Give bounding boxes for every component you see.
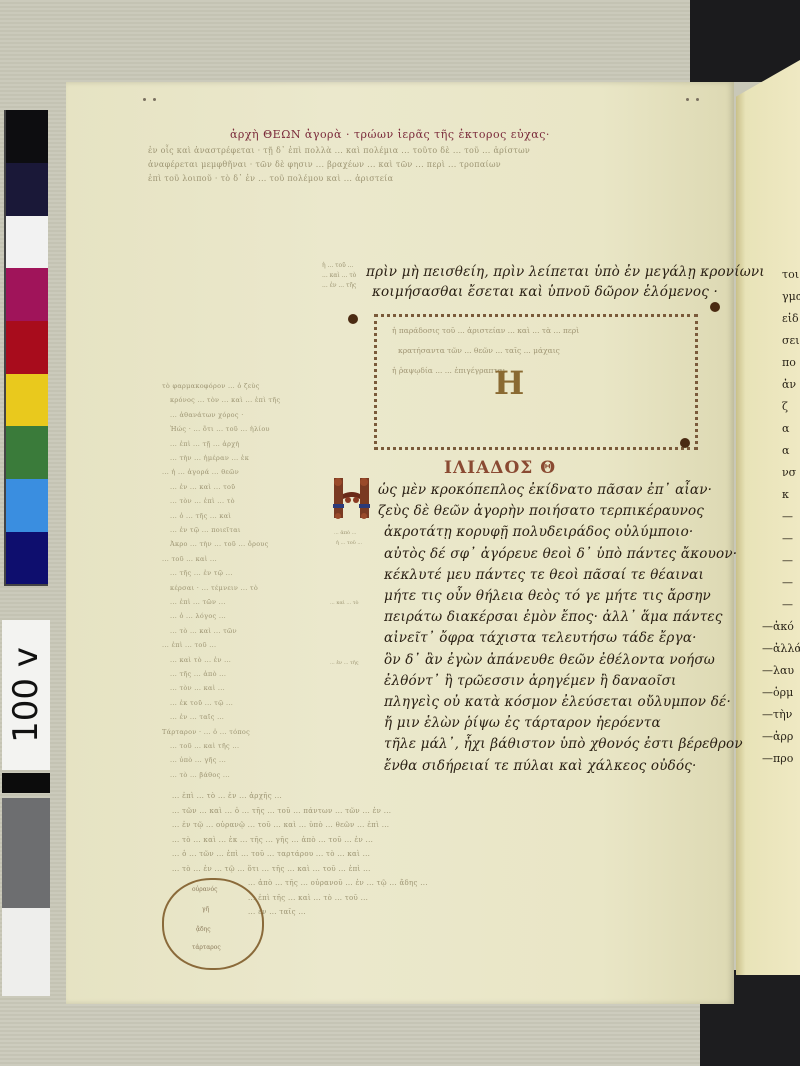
- verse-line: αὐτὸς δέ σφ᾽ ἀγόρευε θεοὶ δ᾽ ὑπὸ πάντες …: [384, 546, 737, 562]
- facing-page-fragment: —λαυ: [762, 664, 794, 677]
- facing-page-fragment: —: [782, 532, 793, 545]
- margin-scholion-line: Τάρταρον · ... ὁ ... τόπος: [162, 728, 250, 736]
- headpiece-scholion: ἡ παράδοσις τοῦ ... ἀριστείαν ... καὶ ..…: [392, 326, 579, 335]
- swatch-green: [6, 426, 48, 479]
- swatch-magenta: [6, 268, 48, 321]
- swatch-dark-navy: [6, 163, 48, 216]
- facing-page-fragment: —: [782, 576, 793, 589]
- ornament-terminal: [348, 314, 358, 324]
- top-scholion-line: ἐν οἷς καὶ ἀνα­στρέφεται · τῇ δ᾽ ἐπὶ πολ…: [148, 146, 530, 155]
- margin-scholion-line: ... τῆς ... ἀπὸ ...: [170, 670, 226, 678]
- margin-scholion-line: ... ἐκ τοῦ ... τῷ ...: [170, 699, 233, 707]
- bottom-scholion-line: ... τῶν ... καὶ ... ὁ ... τῆς ... τοῦ ..…: [172, 807, 391, 815]
- verse-line: ζεὺς δὲ θεῶν ἀγορὴν ποιήσατο τερπικέραυν…: [378, 503, 704, 519]
- bottom-scholion-line: ... τὸ ... καὶ ... ἐκ ... τῆς ... γῆς ..…: [172, 836, 373, 844]
- facing-page-fragment: —: [782, 598, 793, 611]
- margin-scholion-line: ... τῆς ... ἐν τῷ ...: [170, 569, 233, 577]
- decorated-initial-eta-icon: [330, 472, 376, 522]
- interlinear-gloss: ... καὶ ... τὸ: [330, 600, 359, 606]
- margin-scholion-line: Ἠώς · ... ὅτι ... τοῦ ... ἡλίου: [170, 425, 270, 433]
- prick-mark: [143, 98, 146, 101]
- facing-page-fragment: —ἀρρ: [762, 730, 793, 743]
- ornament-terminal: [680, 438, 690, 448]
- book-title: ΙΛΙΑΔΟΣ Θ: [444, 458, 556, 478]
- margin-scholion-line: ... τὸ ... καὶ ... τῶν: [170, 627, 237, 635]
- gray-patch-white: [2, 908, 50, 996]
- margin-scholion-line: ... τοῦ ... καὶ τῆς ...: [170, 742, 239, 750]
- margin-scholion-line: ... ἐν ... καὶ ... τοῦ: [170, 483, 235, 491]
- facing-page-fragment: κ: [782, 488, 789, 501]
- margin-scholion-line: κέρσαι · ... τέμνειν ... τὸ: [170, 584, 258, 592]
- facing-page-fragment: α: [782, 422, 789, 435]
- bottom-scholion-line: ... ὁ ... τῶν ... ἐπὶ ... τοῦ ... ταρτάρ…: [172, 850, 370, 858]
- facing-page-fragment: ἀν: [782, 378, 796, 391]
- headpiece-scholion: ἡ ῥαψῳδία ... ... ἐπιγέγραπται: [392, 366, 506, 375]
- cloth-background-bottom: [0, 1000, 700, 1066]
- margin-scholion-line: ... τοῦ ... καὶ ...: [162, 555, 217, 563]
- interlinear-gloss: ... καὶ ... τὸ: [322, 272, 356, 279]
- closing-verse: κοιμήσασθαι ἔσεται καὶ ὑπνοῦ δῶρον ἑλόμε…: [372, 284, 718, 300]
- color-calibration-strip: [4, 110, 48, 586]
- facing-page-fragment: τοι: [782, 268, 799, 281]
- bottom-scholion-line: ... ἐπὶ ... τὸ ... ἐν ... ἀρχῆς ...: [172, 792, 282, 800]
- margin-scholion-line: ... ἐν ... ταῖς ...: [170, 713, 224, 721]
- prick-mark: [696, 98, 699, 101]
- margin-scholion-line: ... τὴν ... ἡμέραν ... ἐκ: [170, 454, 249, 462]
- margin-scholion-line: κρόνος ... τὸν ... καὶ ... ἐπὶ τῆς: [170, 396, 280, 404]
- swatch-white: [6, 216, 48, 268]
- diagram-label: γῆ: [202, 906, 209, 913]
- margin-scholion-line: ... ἐπὶ ... τοῦ ...: [162, 641, 216, 649]
- bottom-scholion-line: ... ἐπὶ τῆς ... καὶ ... τὸ ... τοῦ ...: [248, 894, 368, 902]
- diagram-label: ᾅδης: [196, 926, 211, 933]
- headpiece-letter: Η: [494, 364, 524, 402]
- running-title: ἀρχὴ ΘΕΩΝ ἀγορὰ · τρώων ἱερᾶς τῆς ἐκτορο…: [230, 128, 550, 141]
- verse-line: ὡς μὲν κροκόπεπλος ἐκίδνατο πᾶσαν ἐπ᾽ αἶ…: [378, 482, 712, 498]
- interlinear-gloss: ἡ ... τοῦ ...: [322, 262, 353, 269]
- verse-line: ἀκροτάτῃ κορυφῇ πολυδειράδος οὐλύμποιο·: [384, 524, 693, 540]
- margin-scholion-line: ... ἐπὶ ... τῶν ...: [170, 598, 226, 606]
- closing-verse: πρὶν μὴ πεισθείη, πρὶν λείπεται ὑπὸ ἐν μ…: [366, 264, 765, 280]
- gray-patch-mid: [2, 798, 50, 908]
- gray-patch-black: [2, 773, 50, 793]
- facing-page-fragment: —: [782, 510, 793, 523]
- swatch-black: [6, 110, 48, 163]
- verse-line: ἐλθόντ᾽ ἢ τρῶεσσιν ἀρηγέμεν ἢ δαναοῖσι: [384, 673, 676, 689]
- facing-page-fragment: —ὁρμ: [762, 686, 793, 699]
- margin-scholion-line: ... τὸν ... ἐπὶ ... τὸ: [170, 497, 235, 505]
- prick-mark: [153, 98, 156, 101]
- folio-label: 100 v: [2, 620, 50, 770]
- facing-page-fragment: νσ: [782, 466, 796, 479]
- facing-page-fragment: πο: [782, 356, 796, 369]
- margin-scholion-line: Ἀκρο ... τὴν ... τοῦ ... ὄρους: [170, 540, 269, 548]
- swatch-cyan-blue: [6, 479, 48, 532]
- interlinear-gloss: ... ἐν ... τῆς: [330, 660, 359, 666]
- manuscript-folio: [66, 82, 734, 1004]
- bottom-scholion-line: ... ἐν τῷ ... οὐρανῷ ... τοῦ ... καὶ ...…: [172, 821, 389, 829]
- margin-scholion-line: ... ἐν τῷ ... ποιεῖται: [170, 526, 241, 534]
- facing-page-fragment: ζ: [782, 400, 788, 413]
- swatch-yellow: [6, 374, 48, 426]
- facing-page-fragment: —ἀλλά: [762, 642, 800, 655]
- verse-line: πληγεὶς οὐ κατὰ κόσμον ἐλεύσεται οὔλυμπο…: [384, 694, 731, 710]
- verse-line: ἤ μιν ἑλὼν ῥίψω ἐς τάρταρον ἠερόεντα: [384, 715, 661, 731]
- margin-scholion-line: ... ἐπὶ ... τῇ ... ἀρχὴ: [170, 440, 240, 448]
- swatch-red: [6, 321, 48, 374]
- folio-label-and-grayscale: 100 v: [2, 620, 50, 996]
- margin-scholion-line: ... ὁ ... τῆς ... καὶ: [170, 512, 231, 520]
- diagram-label: τάρταρος: [192, 944, 221, 951]
- margin-scholion-line: ... ἡ ... ἀγορά ... θεῶν: [162, 468, 239, 476]
- cosmos-diagram: οὐρανός γῆ ᾅδης τάρταρος: [162, 878, 264, 970]
- margin-scholion-line: ... ὁ ... λόγος ...: [170, 612, 226, 620]
- facing-page-fragment: εἰδ: [782, 312, 799, 325]
- top-scholion-line: ἀναφέρεται μεμφθῆναι · τῶν δὲ φησιν ... …: [148, 160, 501, 169]
- headpiece-scholion: κρατήσαντα τῶν ... θεῶν ... ταῖς ... μάχ…: [398, 346, 560, 355]
- margin-scholion-line: τὸ φαρμακοφόρον ... ὁ ζεὺς: [162, 382, 260, 390]
- bottom-scholion-line: ... τὸ ... ἐν ... τῷ ... ὅτι ... τῆς ...…: [172, 865, 371, 873]
- verse-line: ἔνθα σιδήρειαί τε πύλαι καὶ χάλκεος οὐδό…: [384, 758, 697, 774]
- verse-line: πειράτω διακέρσαι ἐμὸν ἔπος· ἀλλ᾽ ἅμα πά…: [384, 609, 723, 625]
- swatch-dark-blue: [6, 532, 48, 584]
- margin-scholion-line: ... τὸν ... καὶ ...: [170, 684, 225, 692]
- verse-line: αἰνεῖτ᾽ ὄφρα τάχιστα τελευτήσω τάδε ἔργα…: [384, 630, 697, 646]
- margin-scholion-line: ... τὸ ... βάθος ...: [170, 771, 230, 779]
- facing-page-fragment: σει: [782, 334, 800, 347]
- interlinear-gloss: ... ἀπὸ ...: [334, 530, 356, 536]
- top-scholion-line: ἐπὶ τοῦ λοιποῦ · τὸ δ᾽ ἐν ... τοῦ πολέμο…: [148, 174, 393, 183]
- facing-page-fragment: —τὴν: [762, 708, 792, 721]
- verse-line: ὃν δ᾽ ἂν ἐγὼν ἀπάνευθε θεῶν ἐθέλοντα νοή…: [384, 652, 715, 668]
- facing-page-fragment: —: [782, 554, 793, 567]
- interlinear-gloss: ἡ ... τοῦ ...: [336, 540, 362, 546]
- facing-page-fragment: —προ: [762, 752, 793, 765]
- facing-page-fragment: γμα: [782, 290, 800, 303]
- prick-mark: [686, 98, 689, 101]
- margin-scholion-line: ... ὑπὸ ... γῆς ...: [170, 756, 226, 764]
- verse-line: τῆλε μάλ᾽, ἧχι βάθιστον ὑπὸ χθονός ἐστι …: [384, 736, 743, 752]
- bottom-scholion-line: ... ἀπὸ ... τῆς ... οὐρανοῦ ... ἐν ... τ…: [248, 879, 428, 887]
- facing-page-fragment: —ἀκό: [762, 620, 794, 633]
- facing-page-fragment: α: [782, 444, 789, 457]
- verse-line: μήτε τις οὖν θήλεια θεὸς τό γε μήτε τις …: [384, 588, 711, 604]
- diagram-label: οὐρανός: [192, 886, 217, 893]
- verse-line: κέκλυτέ μευ πάντες τε θεοὶ πᾶσαί τε θέαι…: [384, 567, 704, 583]
- folio-number: 100 v: [6, 647, 46, 743]
- ornament-terminal: [710, 302, 720, 312]
- interlinear-gloss: ... ἐν ... τῆς: [322, 282, 356, 289]
- margin-scholion-line: ... καὶ τὸ ... ἐν ...: [170, 656, 231, 664]
- margin-scholion-line: ... ἀθανάτων χόρος ·: [170, 411, 244, 419]
